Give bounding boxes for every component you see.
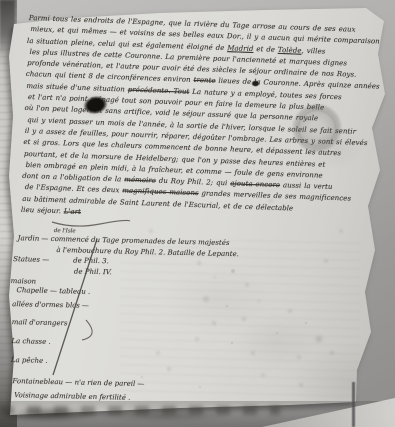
body-segment-strike: L'art: [64, 207, 81, 216]
list-item: allées d'ormes blcs —: [12, 300, 89, 310]
list-item: La chasse .: [11, 337, 51, 346]
body-segment: , villes: [301, 46, 325, 55]
body-segment: aussi la vertu: [280, 181, 333, 191]
list-item: Statues —: [13, 255, 49, 264]
body-segment: de l'Espagne. Et ces deux: [25, 183, 123, 194]
body-segment-strike: ajouta encore: [230, 179, 280, 189]
page-edge-line: [352, 382, 355, 427]
memo-list: de l'IsleJardin — commencé du Tage prome…: [6, 225, 350, 418]
list-item: mail d'orangers: [12, 318, 68, 327]
body-segment-strike: magnifiques maisons: [122, 187, 199, 198]
list-item: Fontainebleau — n'a rien de pareil —: [12, 377, 144, 388]
body-segment: du Roy Phil. 2; qui: [156, 177, 231, 188]
body-segment-uline: Madrid: [227, 44, 253, 53]
list-item: Jardin — commencé du Tage promenades de …: [18, 234, 230, 247]
list-item: de Phil. IV.: [74, 267, 112, 276]
body-segment: lieu séjour.: [21, 206, 64, 216]
body-segment-strike: trente: [193, 76, 215, 85]
list-item: de Phil. 3.: [73, 256, 109, 265]
blurred-ink-blob: [100, 410, 230, 422]
body-segment-uline: Tolède: [278, 46, 302, 55]
list-item: Chapelle — tableau .: [16, 286, 90, 296]
round-collection-stamp: [292, 104, 342, 152]
list-item: de l'Isle: [54, 228, 76, 234]
paper-stains: [0, 0, 2, 2]
list-item: La pêche .: [11, 356, 48, 365]
body-segment-strike: mémoire: [124, 176, 156, 185]
body-segment: et de: [253, 45, 278, 54]
body-segment-strike: précédente. Tout: [128, 85, 190, 95]
manuscript-photo: Parmi tous les endroits de l'Espagne, qu…: [0, 0, 395, 427]
blurred-ink-blob: [2, 406, 97, 422]
list-item: maison: [11, 277, 37, 286]
